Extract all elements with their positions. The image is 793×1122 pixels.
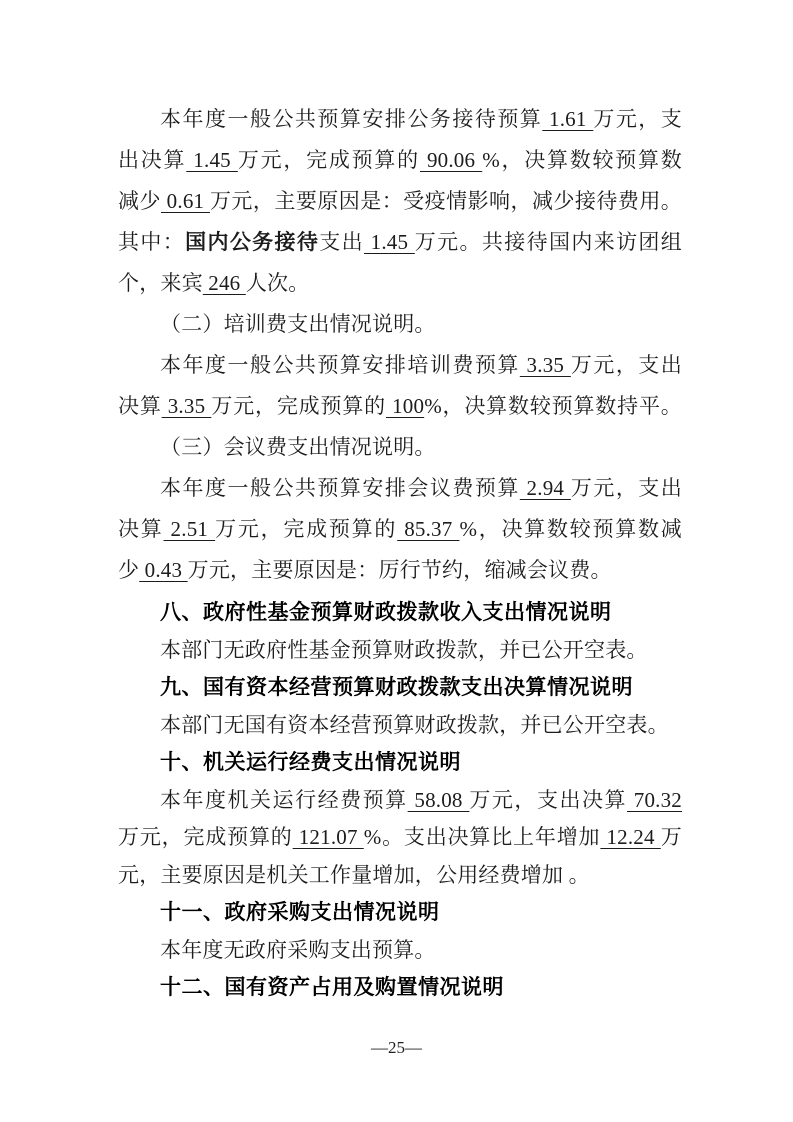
text-segment: 万元。共接待国内来访团组 — [415, 230, 682, 254]
section-heading: 十一、政府采购支出情况说明 — [118, 894, 682, 932]
text-line: 本年度机关运行经费预算 58.08 万元，支出决算 70.32 — [118, 782, 682, 820]
underlined-value: 0.61 — [161, 189, 210, 213]
text-segment: 万元，支 — [593, 107, 682, 131]
underlined-value: 85.37 — [397, 517, 459, 541]
underlined-value: 2.51 — [164, 517, 216, 541]
text-segment: 本年度一般公共预算安排会议费预算 — [160, 476, 520, 500]
text-segment: 万元，完成预算的 — [211, 394, 386, 418]
text-segment: 八、政府性基金预算财政拨款收入支出情况说明 — [160, 601, 612, 624]
text-segment: 人次。 — [246, 271, 310, 295]
text-segment: 本年度机关运行经费预算 — [160, 788, 408, 812]
text-line: 本部门无国有资本经营预算财政拨款，并已公开空表。 — [118, 707, 682, 745]
text-line: 万元，完成预算的 121.07 %。支出决算比上年增加 12.24 万 — [118, 819, 682, 857]
text-segment: 万元，支出决算 — [469, 788, 627, 812]
text-segment: %。支出决算比上年增加 — [364, 825, 601, 849]
underlined-value: 100 — [386, 394, 424, 418]
underlined-value: 1.45 — [364, 230, 415, 254]
text-segment: 支出 — [319, 230, 364, 254]
text-segment: 决算 — [118, 517, 164, 541]
text-segment: 本年度一般公共预算安排公务接待预算 — [160, 107, 542, 131]
text-segment: 十一、政府采购支出情况说明 — [160, 901, 440, 924]
text-segment: 元，主要原因是机关工作量增加，公用经费增加 。 — [118, 863, 590, 887]
text-line: 决算 2.51 万元，完成预算的 85.37 %，决算数较预算数减 — [118, 509, 682, 550]
underlined-value: 3.35 — [162, 394, 212, 418]
text-line: 本部门无政府性基金预算财政拨款，并已公开空表。 — [118, 632, 682, 670]
underlined-value: 1.61 — [542, 107, 593, 131]
text-segment: 其中： — [118, 230, 185, 254]
text-segment: %，决算数较预算数 — [482, 148, 682, 172]
text-line: 决算 3.35 万元，完成预算的 100%，决算数较预算数持平。 — [118, 386, 682, 427]
text-segment: 决算 — [118, 394, 162, 418]
text-line: 个，来宾 246 人次。 — [118, 263, 682, 304]
text-segment: 万 — [661, 825, 682, 849]
text-segment: （三）会议费支出情况说明。 — [160, 435, 436, 459]
text-line: 出决算 1.45 万元，完成预算的 90.06 %，决算数较预算数 — [118, 140, 682, 181]
text-line: （三）会议费支出情况说明。 — [118, 427, 682, 468]
text-segment: 个，来宾 — [118, 271, 203, 295]
numbered-sections: 八、政府性基金预算财政拨款收入支出情况说明本部门无政府性基金预算财政拨款，并已公… — [118, 594, 682, 1007]
underlined-value: 58.08 — [408, 788, 470, 812]
underlined-value: 12.24 — [600, 825, 660, 849]
text-segment: 万元，主要原因是：厉行节约，缩减会议费。 — [188, 558, 612, 582]
underlined-value: 246 — [203, 271, 246, 295]
text-line: 少 0.43 万元，主要原因是：厉行节约，缩减会议费。 — [118, 550, 682, 591]
text-line: 其中：国内公务接待支出 1.45 万元。共接待国内来访团组 — [118, 222, 682, 263]
budget-expense-paragraphs: 本年度一般公共预算安排公务接待预算 1.61 万元，支出决算 1.45 万元，完… — [118, 99, 682, 591]
text-segment: 本部门无政府性基金预算财政拨款，并已公开空表。 — [160, 638, 648, 662]
text-segment: 万元，支出 — [571, 353, 682, 377]
text-segment: 本部门无国有资本经营预算财政拨款，并已公开空表。 — [160, 713, 669, 737]
text-segment: 本年度一般公共预算安排培训费预算 — [160, 353, 520, 377]
text-segment: 十、机关运行经费支出情况说明 — [160, 751, 461, 774]
text-segment: 万元，完成预算的 — [215, 517, 397, 541]
underlined-value: 90.06 — [420, 148, 482, 172]
document-page: 本年度一般公共预算安排公务接待预算 1.61 万元，支出决算 1.45 万元，完… — [0, 0, 793, 1122]
text-segment: 出决算 — [118, 148, 186, 172]
underlined-value: 3.35 — [520, 353, 571, 377]
text-segment: %，决算数较预算数持平。 — [424, 394, 682, 418]
text-segment: 十二、国有资产占用及购置情况说明 — [160, 976, 504, 999]
underlined-value: 0.43 — [139, 558, 187, 582]
text-segment: 万元，主要原因是：受疫情影响，减少接待费用。 — [210, 189, 682, 213]
text-segment: 本年度无政府采购支出预算。 — [160, 938, 436, 962]
section-heading: 八、政府性基金预算财政拨款收入支出情况说明 — [118, 594, 682, 632]
section-heading: 十、机关运行经费支出情况说明 — [118, 744, 682, 782]
underlined-value: 121.07 — [293, 825, 364, 849]
text-line: （二）培训费支出情况说明。 — [118, 304, 682, 345]
section-heading: 十二、国有资产占用及购置情况说明 — [118, 969, 682, 1007]
text-segment: 少 — [118, 558, 139, 582]
bold-text: 国内公务接待 — [185, 230, 319, 254]
text-segment: %，决算数较预算数减 — [459, 517, 682, 541]
page-number: —25— — [0, 1038, 793, 1058]
text-segment: 万元，完成预算的 — [238, 148, 420, 172]
text-segment: 万元，支出 — [571, 476, 682, 500]
text-line: 减少 0.61 万元，主要原因是：受疫情影响，减少接待费用。 — [118, 181, 682, 222]
text-line: 本年度一般公共预算安排公务接待预算 1.61 万元，支 — [118, 99, 682, 140]
underlined-value: 2.94 — [520, 476, 571, 500]
text-segment: 减少 — [118, 189, 161, 213]
text-segment: 万元，完成预算的 — [118, 825, 293, 849]
text-line: 本年度一般公共预算安排培训费预算 3.35 万元，支出 — [118, 345, 682, 386]
underlined-value: 1.45 — [186, 148, 238, 172]
text-segment: 九、国有资本经营预算财政拨款支出决算情况说明 — [160, 676, 633, 699]
text-segment: （二）培训费支出情况说明。 — [160, 312, 436, 336]
text-line: 本年度一般公共预算安排会议费预算 2.94 万元，支出 — [118, 468, 682, 509]
text-line: 本年度无政府采购支出预算。 — [118, 932, 682, 970]
text-line: 元，主要原因是机关工作量增加，公用经费增加 。 — [118, 857, 682, 895]
underlined-value: 70.32 — [627, 788, 682, 812]
section-heading: 九、国有资本经营预算财政拨款支出决算情况说明 — [118, 669, 682, 707]
